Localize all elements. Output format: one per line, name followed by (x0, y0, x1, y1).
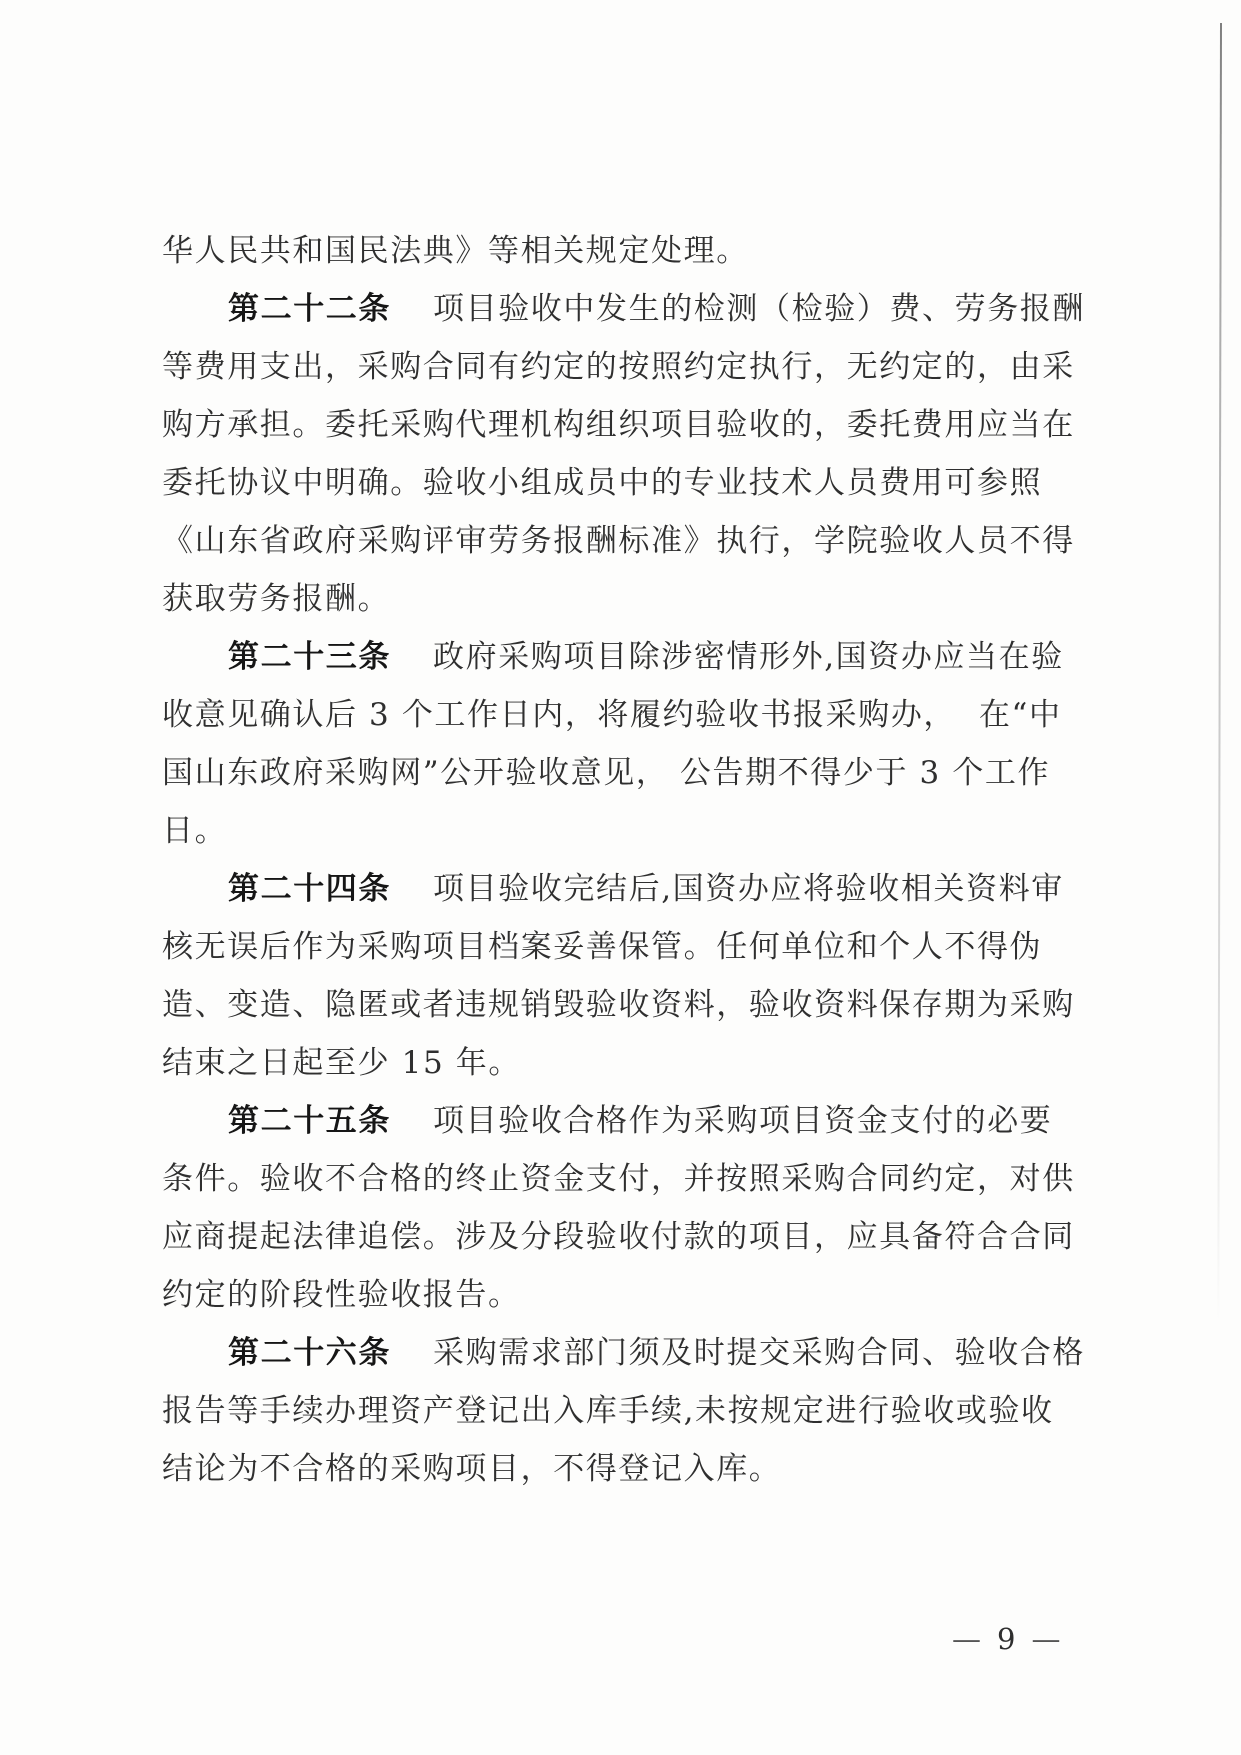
text-line: 《山东省政府采购评审劳务报酬标准》执行，学院验收人员不得 (162, 512, 1092, 570)
line-text: 获取劳务报酬。 (162, 581, 390, 617)
line-text: 报告等手续办理资产登记出入库手续,未按规定进行验收或验收 (162, 1393, 1054, 1429)
text-line-article-24: 第二十四条项目验收完结后,国资办应将验收相关资料审 (162, 860, 1092, 918)
page-number-dash-right: — (1031, 1622, 1060, 1656)
line-text: 政府采购项目除涉密情形外,国资办应当在验 (433, 639, 1064, 675)
line-text: 华人民共和国民法典》等相关规定处理。 (162, 233, 749, 269)
line-text: 造、变造、隐匿或者违规销毁验收资料，验收资料保存期为采购 (162, 987, 1075, 1023)
text-line: 条件。验收不合格的终止资金支付，并按照采购合同约定，对供 (162, 1150, 1092, 1208)
line-text: 结束之日起至少 15 年。 (162, 1045, 521, 1081)
page-number: — 9 — (952, 1622, 1060, 1656)
line-text: 约定的阶段性验收报告。 (162, 1277, 521, 1313)
line-text: 核无误后作为采购项目档案妥善保管。任何单位和个人不得伪 (162, 929, 1042, 965)
line-text: 结论为不合格的采购项目，不得登记入库。 (162, 1451, 781, 1487)
line-text: 国山东政府采购网”公开验收意见， 公告期不得少于 3 个工作 (162, 755, 1050, 791)
text-line: 等费用支出，采购合同有约定的按照约定执行，无约定的，由采 (162, 338, 1092, 396)
line-text: 购方承担。委托采购代理机构组织项目验收的，委托费用应当在 (162, 407, 1075, 443)
text-line: 获取劳务报酬。 (162, 570, 1092, 628)
line-text: 等费用支出，采购合同有约定的按照约定执行，无约定的，由采 (162, 349, 1075, 385)
text-line-article-26: 第二十六条采购需求部门须及时提交采购合同、验收合格 (162, 1324, 1092, 1382)
text-line: 日。 (162, 802, 1092, 860)
page-number-dash-left: — (952, 1622, 981, 1656)
line-text: 采购需求部门须及时提交采购合同、验收合格 (433, 1335, 1085, 1371)
text-line: 委托协议中明确。验收小组成员中的专业技术人员费用可参照 (162, 454, 1092, 512)
scan-edge-line (1217, 23, 1222, 1323)
line-text: 应商提起法律追偿。涉及分段验收付款的项目，应具备符合合同 (162, 1219, 1075, 1255)
text-line: 结束之日起至少 15 年。 (162, 1034, 1092, 1092)
scanned-document-page: 华人民共和国民法典》等相关规定处理。 第二十二条项目验收中发生的检测（检验）费、… (0, 0, 1241, 1755)
line-text: 项目验收中发生的检测（检验）费、劳务报酬 (433, 291, 1085, 327)
text-line: 造、变造、隐匿或者违规销毁验收资料，验收资料保存期为采购 (162, 976, 1092, 1034)
article-number: 第二十六条 (228, 1335, 391, 1371)
article-number: 第二十五条 (228, 1103, 391, 1139)
text-line-article-25: 第二十五条项目验收合格作为采购项目资金支付的必要 (162, 1092, 1092, 1150)
text-line: 约定的阶段性验收报告。 (162, 1266, 1092, 1324)
line-text: 委托协议中明确。验收小组成员中的专业技术人员费用可参照 (162, 465, 1042, 501)
text-line: 国山东政府采购网”公开验收意见， 公告期不得少于 3 个工作 (162, 744, 1092, 802)
text-line: 收意见确认后 3 个工作日内，将履约验收书报采购办， 在“中 (162, 686, 1092, 744)
text-line-article-22: 第二十二条项目验收中发生的检测（检验）费、劳务报酬 (162, 280, 1092, 338)
text-line: 报告等手续办理资产登记出入库手续,未按规定进行验收或验收 (162, 1382, 1092, 1440)
text-line: 华人民共和国民法典》等相关规定处理。 (162, 222, 1092, 280)
article-number: 第二十三条 (228, 639, 391, 675)
text-line: 核无误后作为采购项目档案妥善保管。任何单位和个人不得伪 (162, 918, 1092, 976)
page-number-value: 9 (997, 1622, 1015, 1656)
line-text: 项目验收合格作为采购项目资金支付的必要 (433, 1103, 1052, 1139)
text-line-article-23: 第二十三条政府采购项目除涉密情形外,国资办应当在验 (162, 628, 1092, 686)
line-text: 条件。验收不合格的终止资金支付，并按照采购合同约定，对供 (162, 1161, 1075, 1197)
text-line: 应商提起法律追偿。涉及分段验收付款的项目，应具备符合合同 (162, 1208, 1092, 1266)
text-line: 结论为不合格的采购项目，不得登记入库。 (162, 1440, 1092, 1498)
article-number: 第二十四条 (228, 871, 391, 907)
line-text: 日。 (162, 813, 227, 849)
line-text: 项目验收完结后,国资办应将验收相关资料审 (433, 871, 1064, 907)
line-text: 《山东省政府采购评审劳务报酬标准》执行，学院验收人员不得 (162, 523, 1075, 559)
text-line: 购方承担。委托采购代理机构组织项目验收的，委托费用应当在 (162, 396, 1092, 454)
document-text-block: 华人民共和国民法典》等相关规定处理。 第二十二条项目验收中发生的检测（检验）费、… (162, 222, 1092, 1498)
article-number: 第二十二条 (228, 291, 391, 327)
line-text: 收意见确认后 3 个工作日内，将履约验收书报采购办， 在“中 (162, 697, 1062, 733)
